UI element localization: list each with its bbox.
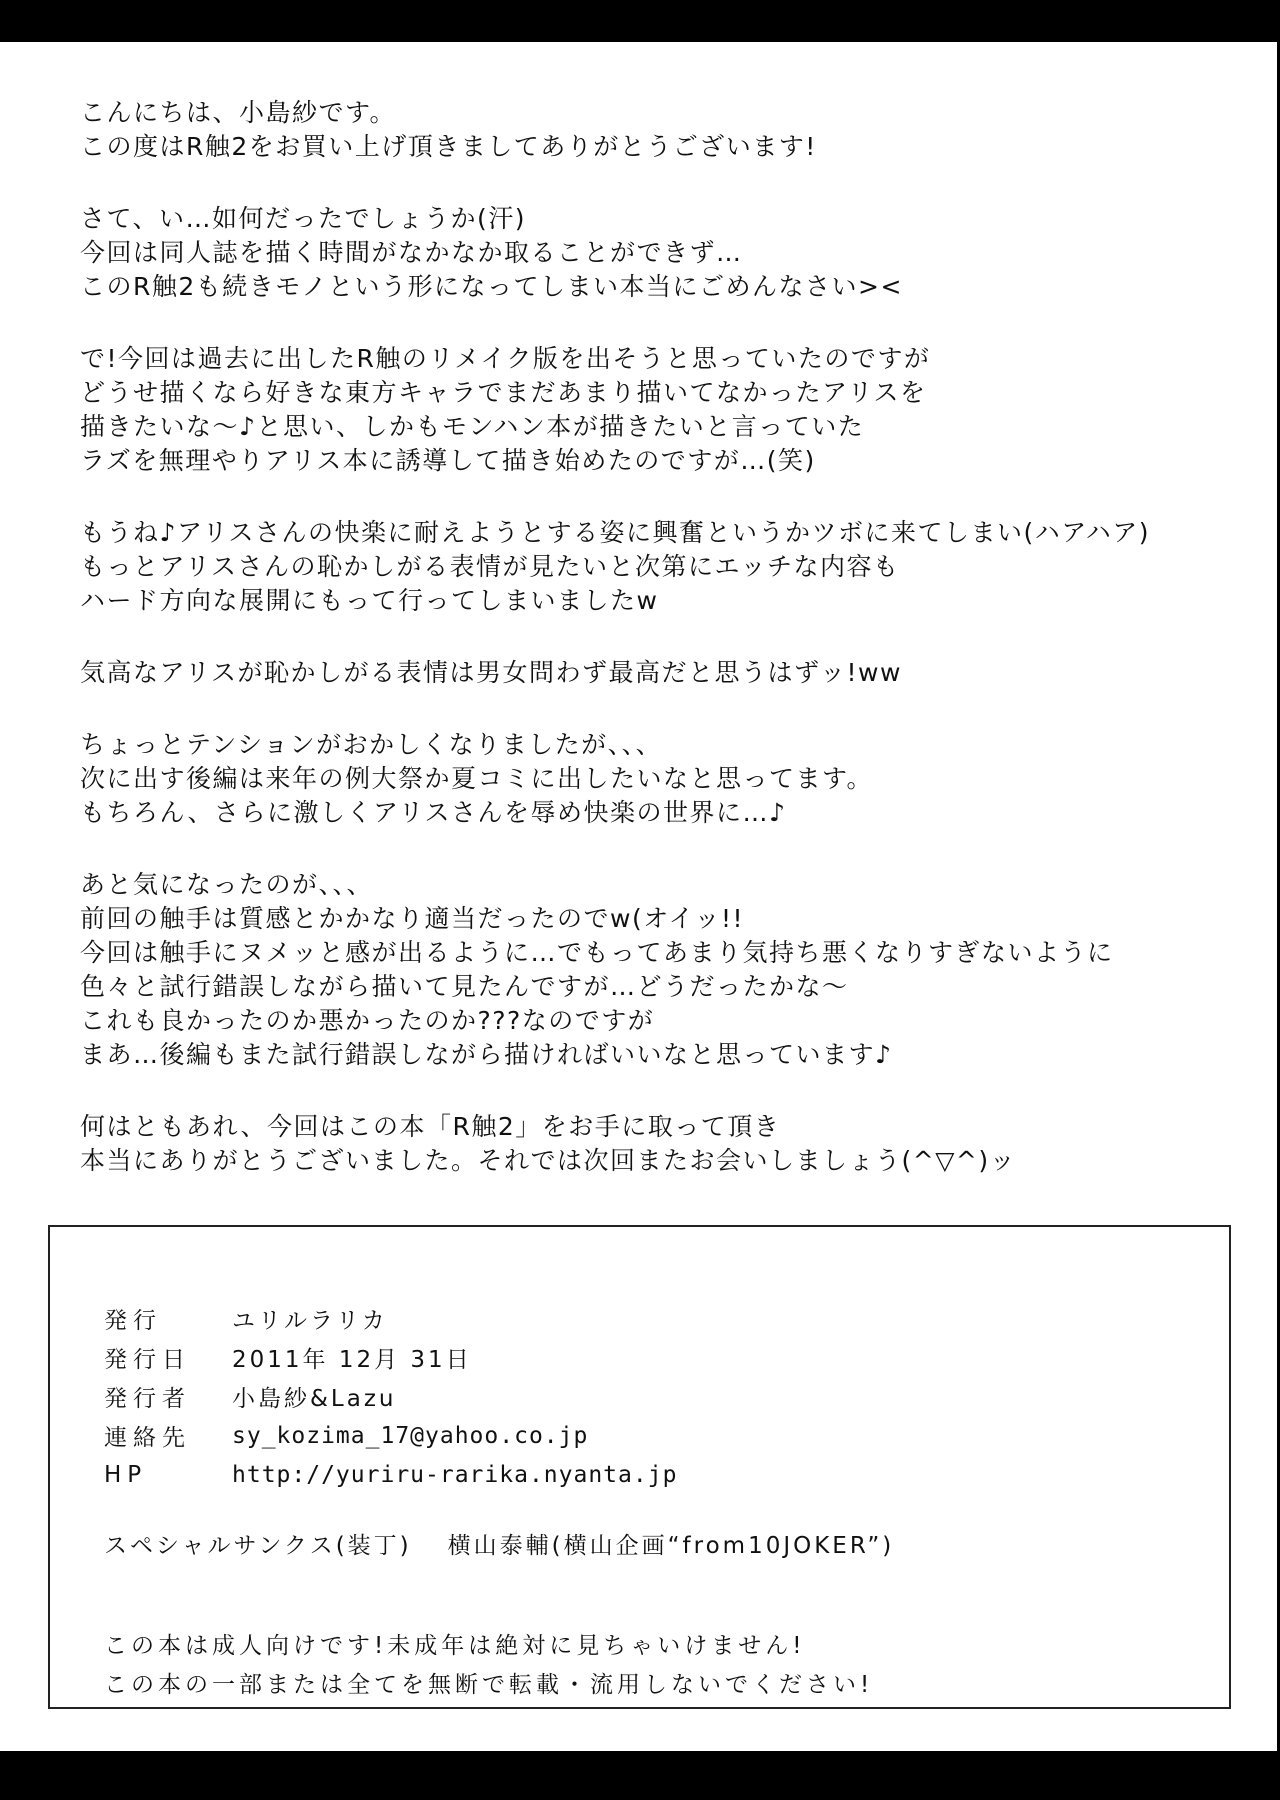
homepage-url[interactable]: http://yuriru-rarika.nyanta.jp <box>232 1462 677 1488</box>
paragraph-thanks: 何はともあれ、今回はこの本「R触2」をお手に取って頂き 本当にありがとうございま… <box>80 1110 1240 1178</box>
text-line: 気高なアリスが恥かしがる表情は男女問わず最高だと思うはずッ!ww <box>80 656 1240 690</box>
colophon-table: 発行 ユリルラリカ 発行日 2011年 12月 31日 発行者 小島紗&Lazu… <box>104 1299 677 1494</box>
text-line: 前回の触手は質感とかかなり適当だったのでw(オイッ!! <box>80 902 1240 936</box>
colophon-row-contact: 連絡先 sy_kozima_17@yahoo.co.jp <box>104 1416 677 1455</box>
paragraph-next-volume: ちょっとテンションがおかしくなりましたが、、、 次に出す後編は来年の例大祭か夏コ… <box>80 728 1240 830</box>
text-line: さて、い…如何だったでしょうか(汗) <box>80 202 1240 236</box>
colophon-row-publisher: 発行 ユリルラリカ <box>104 1299 677 1338</box>
text-line: 今回は触手にヌメッと感が出るように…でもってあまり気持ち悪くなりすぎないように <box>80 936 1240 970</box>
text-line: 描きたいな〜♪と思い、しかもモンハン本が描きたいと言っていた <box>80 410 1240 444</box>
colophon-row-date: 発行日 2011年 12月 31日 <box>104 1338 677 1377</box>
paragraph-alice: もうね♪アリスさんの快楽に耐えようとする姿に興奮というかツボに来てしまい(ハアハ… <box>80 516 1240 618</box>
copyright-notice: この本の一部または全てを無断で転載・流用しないでください! <box>104 1666 873 1705</box>
top-black-bar <box>0 0 1280 42</box>
text-line: まあ…後編もまた試行錯誤しながら描ければいいなと思っています♪ <box>80 1038 1240 1072</box>
text-line: 本当にありがとうございました。それでは次回またお会いしましょう(^▽^)ッ <box>80 1144 1240 1178</box>
notices: この本は成人向けです!未成年は絶対に見ちゃいけません! この本の一部または全てを… <box>104 1627 873 1705</box>
text-line: ちょっとテンションがおかしくなりましたが、、、 <box>80 728 1240 762</box>
text-line: 次に出す後編は来年の例大祭か夏コミに出したいなと思ってます。 <box>80 762 1240 796</box>
paragraph-apology: さて、い…如何だったでしょうか(汗) 今回は同人誌を描く時間がなかなか取ることが… <box>80 202 1240 304</box>
special-thanks-label: スペシャルサンクス(装丁) <box>104 1533 412 1559</box>
text-line: この度はR触2をお買い上げ頂きましてありがとうございます! <box>80 130 1240 164</box>
paragraph-remake: で!今回は過去に出したR触のリメイク版を出そうと思っていたのですが どうせ描くな… <box>80 342 1240 478</box>
colophon-label: 発行 <box>104 1302 232 1335</box>
text-line: 今回は同人誌を描く時間がなかなか取ることができず… <box>80 236 1240 270</box>
bottom-black-bar <box>0 1751 1280 1800</box>
afterword-text: こんにちは、小島紗です。 この度はR触2をお買い上げ頂きましてありがとうございま… <box>80 96 1240 1216</box>
colophon-box: 発行 ユリルラリカ 発行日 2011年 12月 31日 発行者 小島紗&Lazu… <box>48 1225 1231 1709</box>
contact-email[interactable]: sy_kozima_17@yahoo.co.jp <box>232 1423 588 1449</box>
text-line: 何はともあれ、今回はこの本「R触2」をお手に取って頂き <box>80 1110 1240 1144</box>
text-line: もちろん、さらに激しくアリスさんを辱め快楽の世界に…♪ <box>80 796 1240 830</box>
text-line: で!今回は過去に出したR触のリメイク版を出そうと思っていたのですが <box>80 342 1240 376</box>
text-line: 色々と試行錯誤しながら描いて見たんですが…どうだったかな〜 <box>80 970 1240 1004</box>
paragraph-trial-error: あと気になったのが、、、 前回の触手は質感とかかなり適当だったのでw(オイッ!!… <box>80 868 1240 1072</box>
text-line: このR触2も続きモノという形になってしまい本当にごめんなさい>< <box>80 270 1240 304</box>
paragraph-greeting: こんにちは、小島紗です。 この度はR触2をお買い上げ頂きましてありがとうございま… <box>80 96 1240 164</box>
text-line: これも良かったのか悪かったのか???なのですが <box>80 1004 1240 1038</box>
text-line: どうせ描くなら好きな東方キャラでまだあまり描いてなかったアリスを <box>80 376 1240 410</box>
text-line: もうね♪アリスさんの快楽に耐えようとする姿に興奮というかツボに来てしまい(ハアハ… <box>80 516 1240 550</box>
colophon-label: 発行日 <box>104 1341 232 1374</box>
text-line: ハード方向な展開にもって行ってしまいましたw <box>80 584 1240 618</box>
colophon-row-author: 発行者 小島紗&Lazu <box>104 1377 677 1416</box>
colophon-label: 発行者 <box>104 1380 232 1413</box>
special-thanks: スペシャルサンクス(装丁)横山泰輔(横山企画“from10JOKER”) <box>104 1527 894 1560</box>
text-line: ラズを無理やりアリス本に誘導して描き始めたのですが…(笑) <box>80 444 1240 478</box>
colophon-value: 小島紗&Lazu <box>232 1380 397 1413</box>
text-line: もっとアリスさんの恥かしがる表情が見たいと次第にエッチな内容も <box>80 550 1240 584</box>
special-thanks-value: 横山泰輔(横山企画“from10JOKER”) <box>448 1533 895 1559</box>
paragraph-exclaim: 気高なアリスが恥かしがる表情は男女問わず最高だと思うはずッ!ww <box>80 656 1240 690</box>
adult-notice: この本は成人向けです!未成年は絶対に見ちゃいけません! <box>104 1627 873 1666</box>
colophon-label: HP <box>104 1462 232 1488</box>
colophon-value: ユリルラリカ <box>232 1302 388 1335</box>
text-line: こんにちは、小島紗です。 <box>80 96 1240 130</box>
text-line: あと気になったのが、、、 <box>80 868 1240 902</box>
colophon-value: 2011年 12月 31日 <box>232 1341 472 1374</box>
colophon-row-homepage: HP http://yuriru-rarika.nyanta.jp <box>104 1455 677 1494</box>
colophon-label: 連絡先 <box>104 1419 232 1452</box>
